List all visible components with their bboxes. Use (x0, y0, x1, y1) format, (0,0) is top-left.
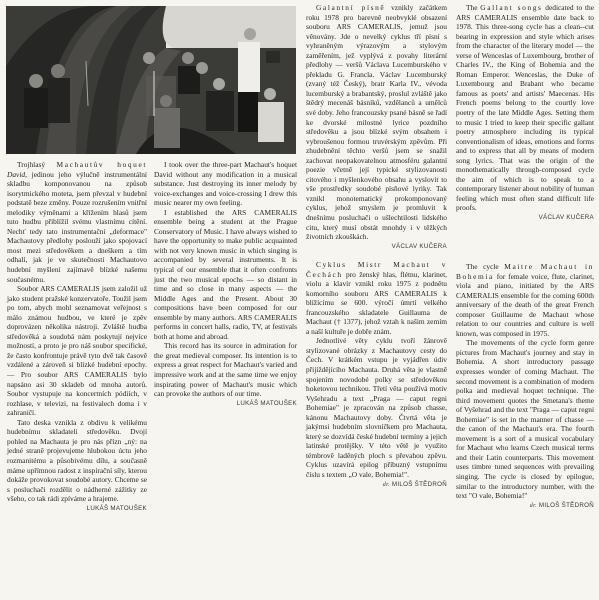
signature-prefix: dr. (530, 503, 537, 509)
czech-hoquet-paragraph-3: Tato deska vznikla z obdivu k velikému h… (7, 418, 147, 504)
signature-prefix: dr. (383, 482, 390, 488)
lead-text: The (466, 3, 480, 12)
lead-text: The cycle (466, 262, 504, 271)
work-title-spaced: Gallant songs (480, 3, 542, 12)
english-cycle-paragraph-2: The movements of the cycle form genre pi… (456, 338, 594, 500)
signature: dr.MILOŠ ŠTĚDROŇ (456, 501, 594, 512)
ensemble-photo (6, 6, 296, 154)
english-hoquet-note: I took over the three-part Machaut's hoq… (154, 160, 297, 408)
paragraph-text: for female voice, flute, clarinet, viola… (456, 272, 594, 338)
english-gallant-note: The Gallant songs dedicated to the ARS C… (456, 3, 594, 223)
czech-cycle-note: Cyklus Mistr Machaut v Čechách pro žensk… (306, 260, 447, 490)
work-title-spaced: Machautův hoquet (57, 160, 147, 169)
english-hoquet-paragraph-1: I took over the three-part Machaut's hoq… (154, 160, 297, 208)
paragraph-text: vznikly začátkem roku 1978 pro barevně n… (306, 3, 447, 241)
paragraph-text: dedicated to the ARS CAMERALIS ensemble … (456, 3, 594, 212)
signature: VÁCLAV KUČERA (306, 242, 447, 252)
czech-hoquet-paragraph-1: Trojhlasý Machautův hoquet David, jedino… (7, 160, 147, 284)
czech-hoquet-note: Trojhlasý Machautův hoquet David, jedino… (7, 160, 147, 513)
signature: VÁCLAV KUČERA (456, 213, 594, 223)
paragraph-text: , jedinou jeho výlučně instrumentální sk… (7, 170, 147, 284)
lead-text: Trojhlasý (17, 160, 57, 169)
english-cycle-note: The cycle Maitre Machaut in Bohemia for … (456, 262, 594, 511)
work-title-spaced: Galantní písně (316, 3, 385, 12)
signature: dr.MILOŠ ŠTĚDROŇ (306, 480, 447, 491)
signature-name: MILOŠ ŠTĚDROŇ (539, 502, 594, 509)
czech-cycle-paragraph-1: Cyklus Mistr Machaut v Čechách pro žensk… (306, 260, 447, 336)
english-hoquet-paragraph-2: I established the ARS CAMERALIS ensemble… (154, 208, 297, 342)
signature-name: MILOŠ ŠTĚDROŇ (392, 481, 447, 488)
signature: LUKÁŠ MATOUŠEK (154, 399, 297, 409)
work-title-italic: David (7, 170, 25, 179)
czech-cycle-paragraph-2: Jednotlivé věty cyklu tvoří žánrově styl… (306, 336, 447, 479)
czech-hoquet-paragraph-2: Soubor ARS CAMERALIS jsem založil už jak… (7, 284, 147, 418)
signature: LUKÁŠ MATOUŠEK (7, 504, 147, 514)
paragraph-text: pro ženský hlas, flétnu, klarinet, violu… (306, 270, 447, 336)
english-cycle-paragraph-1: The cycle Maitre Machaut in Bohemia for … (456, 262, 594, 338)
english-gallant-paragraph: The Gallant songs dedicated to the ARS C… (456, 3, 594, 213)
photo-illustration (6, 6, 296, 154)
english-hoquet-paragraph-3: This record has its source in admiration… (154, 341, 297, 398)
czech-gallant-paragraph: Galantní písně vznikly začátkem roku 197… (306, 3, 447, 242)
czech-gallant-note: Galantní písně vznikly začátkem roku 197… (306, 3, 447, 251)
